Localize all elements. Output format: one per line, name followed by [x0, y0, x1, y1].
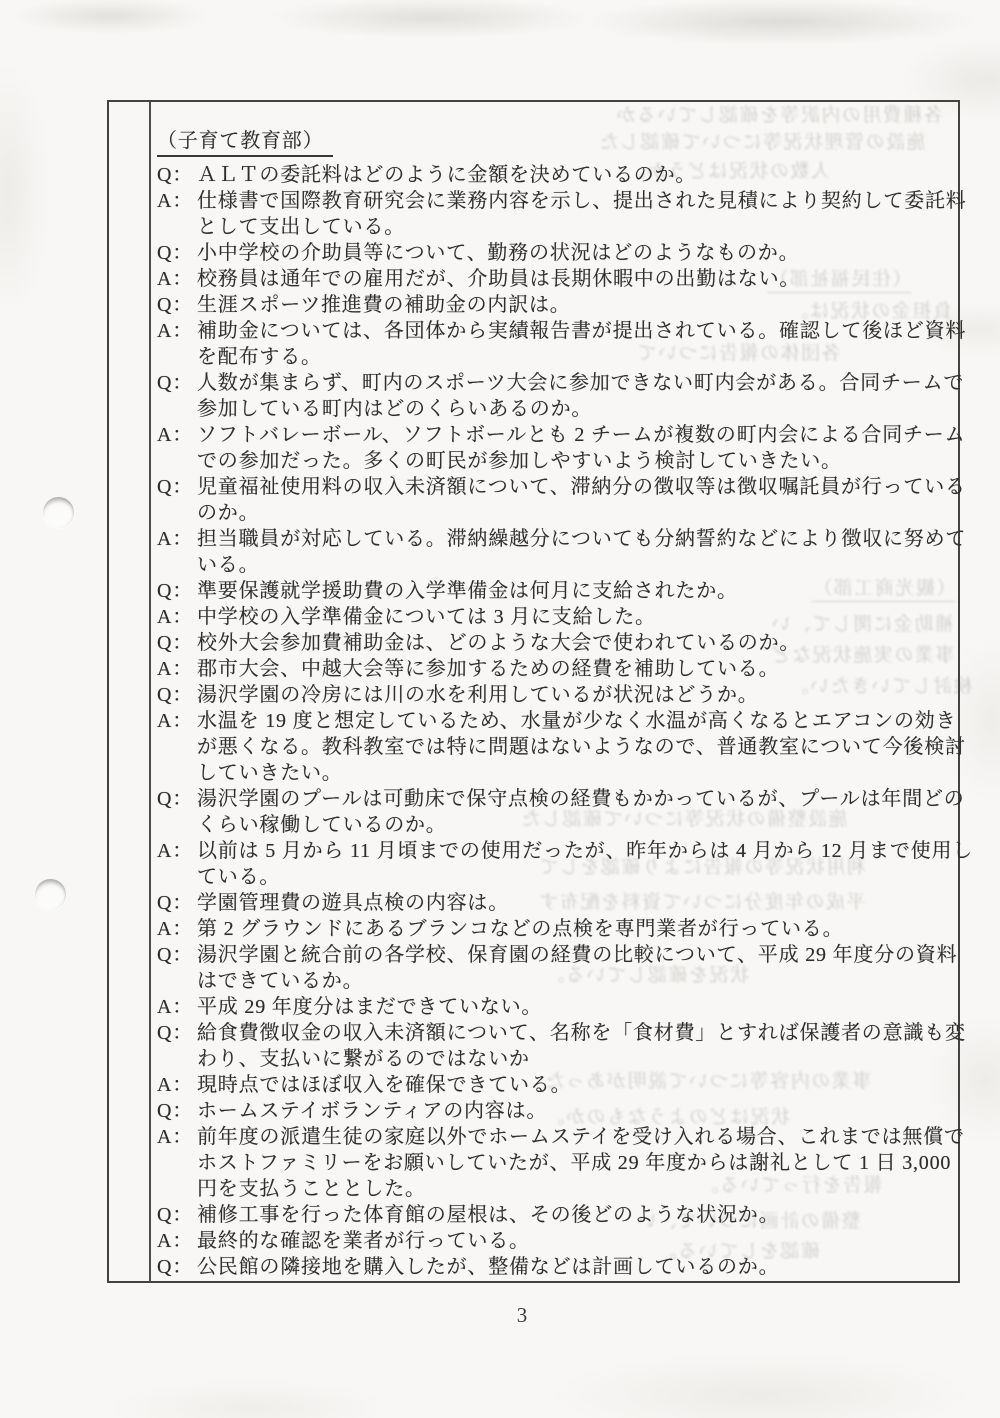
qa-line: Q：小中学校の介助員等について、勤務の状況はどのようなものか。: [157, 240, 948, 266]
qa-text: 準要保護就学援助費の入学準備金は何月に支給されたか。: [197, 580, 738, 602]
qa-item: Q：補修工事を行った体育館の屋根は、その後どのような状況か。: [157, 1202, 948, 1228]
qa-line-continued: はできているか。: [157, 968, 948, 994]
qa-item: A：補助金については、各団体から実績報告書が提出されている。確認して後ほど資料を…: [157, 318, 948, 370]
qa-line-continued: いる。: [157, 552, 948, 578]
qa-speaker-label: A：: [157, 994, 197, 1020]
qa-line: Q：湯沢学園のプールは可動床で保守点検の経費もかかっているが、プールは年間どの: [157, 786, 948, 812]
qa-speaker-label: Q：: [157, 1202, 197, 1228]
qa-item: Q：小中学校の介助員等について、勤務の状況はどのようなものか。: [157, 240, 948, 266]
qa-item: Q：準要保護就学援助費の入学準備金は何月に支給されたか。: [157, 578, 948, 604]
qa-text: 児童福祉使用料の収入未済額について、滞納分の徴収等は徴収嘱託員が行っている: [197, 476, 966, 498]
qa-line: A：前年度の派遣生徒の家庭以外でホームステイを受け入れる場合、これまでは無償で: [157, 1124, 948, 1150]
qa-text: 学園管理費の遊具点検の内容は。: [197, 892, 509, 914]
qa-item: A：現時点ではほぼ収入を確保できている。: [157, 1072, 948, 1098]
qa-text: 仕様書で国際教育研究会に業務内容を示し、提出された見積により契約して委託料: [197, 190, 967, 212]
qa-line: A：中学校の入学準備金については 3 月に支給した。: [157, 604, 948, 630]
qa-line-continued: を配布する。: [157, 344, 948, 370]
qa-text: ホームステイボランティアの内容は。: [197, 1100, 547, 1122]
qa-line: A：仕様書で国際教育研究会に業務内容を示し、提出された見積により契約して委託料: [157, 188, 948, 214]
qa-item: A：ソフトバレーボール、ソフトボールとも 2 チームが複数の町内会による合同チー…: [157, 422, 948, 474]
qa-line: Q：学園管理費の遊具点検の内容は。: [157, 890, 948, 916]
qa-text: 校外大会参加費補助金は、どのような大会で使われているのか。: [197, 632, 800, 654]
qa-line-continued: 円を支払うこととした。: [157, 1176, 948, 1202]
qa-item: Q：湯沢学園と統合前の各学校、保育園の経費の比較について、平成 29 年度分の資…: [157, 942, 948, 994]
qa-line: A：校務員は通年での雇用だが、介助員は長期休暇中の出勤はない。: [157, 266, 948, 292]
qa-line-continued: 参加している町内はどのくらいあるのか。: [157, 396, 948, 422]
punch-hole-bottom: [35, 879, 66, 910]
qa-speaker-label: A：: [157, 604, 197, 630]
qa-text: 現時点ではほぼ収入を確保できている。: [197, 1074, 571, 1096]
qa-speaker-label: A：: [157, 656, 197, 682]
qa-speaker-label: Q：: [157, 162, 197, 188]
qa-content: （子育て教育部） Q：ＡＬＴの委託料はどのように金額を決めているのか。A：仕様書…: [157, 128, 948, 1280]
qa-speaker-label: A：: [157, 916, 197, 942]
qa-speaker-label: Q：: [157, 240, 197, 266]
qa-text: ＡＬＴの委託料はどのように金額を決めているのか。: [197, 164, 696, 186]
qa-text: 校務員は通年での雇用だが、介助員は長期休暇中の出勤はない。: [197, 268, 800, 290]
section-title: （子育て教育部）: [157, 128, 333, 157]
qa-line: Q：生涯スポーツ推進費の補助金の内訳は。: [157, 292, 948, 318]
qa-item: A：最終的な確認を業者が行っている。: [157, 1228, 948, 1254]
qa-item: Q：学園管理費の遊具点検の内容は。: [157, 890, 948, 916]
qa-speaker-label: A：: [157, 266, 197, 292]
qa-line: Q：校外大会参加費補助金は、どのような大会で使われているのか。: [157, 630, 948, 656]
qa-speaker-label: Q：: [157, 682, 197, 708]
qa-speaker-label: Q：: [157, 474, 197, 500]
qa-line: A：第 2 グラウンドにあるブランコなどの点検を専門業者が行っている。: [157, 916, 948, 942]
margin-rule-line: [149, 102, 151, 1281]
qa-item: Q：児童福祉使用料の収入未済額について、滞納分の徴収等は徴収嘱託員が行っているの…: [157, 474, 948, 526]
qa-text: 補助金については、各団体から実績報告書が提出されている。確認して後ほど資料: [197, 320, 966, 342]
qa-speaker-label: Q：: [157, 292, 197, 318]
qa-speaker-label: Q：: [157, 786, 197, 812]
qa-speaker-label: Q：: [157, 1098, 197, 1124]
qa-speaker-label: Q：: [157, 370, 197, 396]
qa-line: Q：給食費徴収金の収入未済額について、名称を「食材費」とすれば保護者の意識も変: [157, 1020, 948, 1046]
qa-speaker-label: Q：: [157, 1254, 197, 1280]
qa-speaker-label: A：: [157, 1072, 197, 1098]
qa-item: A：中学校の入学準備金については 3 月に支給した。: [157, 604, 948, 630]
qa-text: 前年度の派遣生徒の家庭以外でホームステイを受け入れる場合、これまでは無償で: [197, 1126, 965, 1148]
qa-item: Q：湯沢学園のプールは可動床で保守点検の経費もかかっているが、プールは年間どのく…: [157, 786, 948, 838]
qa-item: Q：人数が集まらず、町内のスポーツ大会に参加できない町内会がある。合同チームで参…: [157, 370, 948, 422]
qa-line: A：担当職員が対応している。滞納繰越分についても分納誓約などにより徴収に努めて: [157, 526, 948, 552]
qa-speaker-label: A：: [157, 318, 197, 344]
qa-speaker-label: A：: [157, 422, 197, 448]
qa-speaker-label: A：: [157, 1124, 197, 1150]
qa-text: ソフトバレーボール、ソフトボールとも 2 チームが複数の町内会による合同チーム: [197, 424, 965, 446]
qa-item: Q：ホームステイボランティアの内容は。: [157, 1098, 948, 1124]
qa-item: A：仕様書で国際教育研究会に業務内容を示し、提出された見積により契約して委託料と…: [157, 188, 948, 240]
qa-text: 湯沢学園と統合前の各学校、保育園の経費の比較について、平成 29 年度分の資料: [197, 944, 957, 966]
qa-text: 給食費徴収金の収入未済額について、名称を「食材費」とすれば保護者の意識も変: [197, 1022, 966, 1044]
qa-speaker-label: Q：: [157, 890, 197, 916]
content-frame: （子育て教育部） Q：ＡＬＴの委託料はどのように金額を決めているのか。A：仕様書…: [107, 100, 960, 1283]
qa-line: Q：公民館の隣接地を購入したが、整備などは計画しているのか。: [157, 1254, 948, 1280]
qa-speaker-label: A：: [157, 1228, 197, 1254]
qa-item: Q：給食費徴収金の収入未済額について、名称を「食材費」とすれば保護者の意識も変わ…: [157, 1020, 948, 1072]
qa-line: A：ソフトバレーボール、ソフトボールとも 2 チームが複数の町内会による合同チー…: [157, 422, 948, 448]
qa-item: A：水温を 19 度と想定しているため、水量が少なく水温が高くなるとエアコンの効…: [157, 708, 948, 786]
scanned-page: 各種費用の内訳等を確認しているか施設の管理状況等について確認した人数の状況はどう…: [0, 0, 1000, 1418]
punch-hole-top: [43, 497, 74, 528]
qa-text: 湯沢学園の冷房には川の水を利用しているが状況はどうか。: [197, 684, 759, 706]
qa-speaker-label: Q：: [157, 1020, 197, 1046]
qa-item: A：郡市大会、中越大会等に参加するための経費を補助している。: [157, 656, 948, 682]
qa-speaker-label: A：: [157, 188, 197, 214]
qa-item: A：校務員は通年での雇用だが、介助員は長期休暇中の出勤はない。: [157, 266, 948, 292]
qa-text: 補修工事を行った体育館の屋根は、その後どのような状況か。: [197, 1204, 779, 1226]
qa-line: Q：湯沢学園と統合前の各学校、保育園の経費の比較について、平成 29 年度分の資…: [157, 942, 948, 968]
qa-item: Q：湯沢学園の冷房には川の水を利用しているが状況はどうか。: [157, 682, 948, 708]
qa-speaker-label: Q：: [157, 942, 197, 968]
qa-text: 公民館の隣接地を購入したが、整備などは計画しているのか。: [197, 1256, 779, 1278]
qa-text: 水温を 19 度と想定しているため、水量が少なく水温が高くなるとエアコンの効き: [197, 710, 956, 732]
qa-item: Q：公民館の隣接地を購入したが、整備などは計画しているのか。: [157, 1254, 948, 1280]
qa-line: Q：準要保護就学援助費の入学準備金は何月に支給されたか。: [157, 578, 948, 604]
qa-item: Q：校外大会参加費補助金は、どのような大会で使われているのか。: [157, 630, 948, 656]
qa-speaker-label: A：: [157, 708, 197, 734]
qa-line: A：現時点ではほぼ収入を確保できている。: [157, 1072, 948, 1098]
qa-item: A：以前は 5 月から 11 月頃までの使用だったが、昨年からは 4 月から 1…: [157, 838, 948, 890]
page-number: 3: [0, 1303, 1000, 1328]
qa-line: Q：補修工事を行った体育館の屋根は、その後どのような状況か。: [157, 1202, 948, 1228]
qa-text: 人数が集まらず、町内のスポーツ大会に参加できない町内会がある。合同チームで: [197, 372, 964, 394]
qa-line: Q：児童福祉使用料の収入未済額について、滞納分の徴収等は徴収嘱託員が行っている: [157, 474, 948, 500]
qa-line-continued: のか。: [157, 500, 948, 526]
qa-text: 平成 29 年度分はまだできていない。: [197, 996, 542, 1018]
qa-text: 担当職員が対応している。滞納繰越分についても分納誓約などにより徴収に努めて: [197, 528, 966, 550]
qa-item: Q：生涯スポーツ推進費の補助金の内訳は。: [157, 292, 948, 318]
qa-item: A：前年度の派遣生徒の家庭以外でホームステイを受け入れる場合、これまでは無償でホ…: [157, 1124, 948, 1202]
qa-speaker-label: Q：: [157, 630, 197, 656]
qa-text: 生涯スポーツ推進費の補助金の内訳は。: [197, 294, 571, 316]
qa-line-continued: が悪くなる。教科教室では特に問題はないようなので、普通教室について今後検討: [157, 734, 948, 760]
qa-item: A：第 2 グラウンドにあるブランコなどの点検を専門業者が行っている。: [157, 916, 948, 942]
qa-line-continued: ている。: [157, 864, 948, 890]
qa-item: A：平成 29 年度分はまだできていない。: [157, 994, 948, 1020]
qa-line-continued: くらい稼働しているのか。: [157, 812, 948, 838]
qa-item: A：担当職員が対応している。滞納繰越分についても分納誓約などにより徴収に努めてい…: [157, 526, 948, 578]
qa-line: Q：ホームステイボランティアの内容は。: [157, 1098, 948, 1124]
qa-text: 中学校の入学準備金については 3 月に支給した。: [197, 606, 656, 628]
qa-line: A：平成 29 年度分はまだできていない。: [157, 994, 948, 1020]
qa-line: Q：湯沢学園の冷房には川の水を利用しているが状況はどうか。: [157, 682, 948, 708]
qa-line: A：水温を 19 度と想定しているため、水量が少なく水温が高くなるとエアコンの効…: [157, 708, 948, 734]
qa-line: Q：人数が集まらず、町内のスポーツ大会に参加できない町内会がある。合同チームで: [157, 370, 948, 396]
qa-line-continued: での参加だった。多くの町民が参加しやすいよう検討していきたい。: [157, 448, 948, 474]
qa-line: A：補助金については、各団体から実績報告書が提出されている。確認して後ほど資料: [157, 318, 948, 344]
qa-speaker-label: Q：: [157, 578, 197, 604]
qa-line: A：最終的な確認を業者が行っている。: [157, 1228, 948, 1254]
qa-line-continued: していきたい。: [157, 760, 948, 786]
qa-text: 第 2 グラウンドにあるブランコなどの点検を専門業者が行っている。: [197, 918, 843, 940]
qa-line-continued: ホストファミリーをお願いしていたが、平成 29 年度からは謝礼として 1 日 3…: [157, 1150, 948, 1176]
qa-line: Q：ＡＬＴの委託料はどのように金額を決めているのか。: [157, 162, 948, 188]
qa-text: 最終的な確認を業者が行っている。: [197, 1230, 530, 1252]
qa-speaker-label: A：: [157, 526, 197, 552]
qa-speaker-label: A：: [157, 838, 197, 864]
qa-text: 湯沢学園のプールは可動床で保守点検の経費もかかっているが、プールは年間どの: [197, 788, 965, 810]
qa-line-continued: わり、支払いに繋がるのではないか: [157, 1046, 948, 1072]
qa-line: A：郡市大会、中越大会等に参加するための経費を補助している。: [157, 656, 948, 682]
qa-text: 小中学校の介助員等について、勤務の状況はどのようなものか。: [197, 242, 799, 264]
qa-text: 郡市大会、中越大会等に参加するための経費を補助している。: [197, 658, 779, 680]
qa-line: A：以前は 5 月から 11 月頃までの使用だったが、昨年からは 4 月から 1…: [157, 838, 948, 864]
qa-line-continued: として支出している。: [157, 214, 948, 240]
qa-text: 以前は 5 月から 11 月頃までの使用だったが、昨年からは 4 月から 12 …: [197, 840, 973, 862]
qa-item: Q：ＡＬＴの委託料はどのように金額を決めているのか。: [157, 162, 948, 188]
